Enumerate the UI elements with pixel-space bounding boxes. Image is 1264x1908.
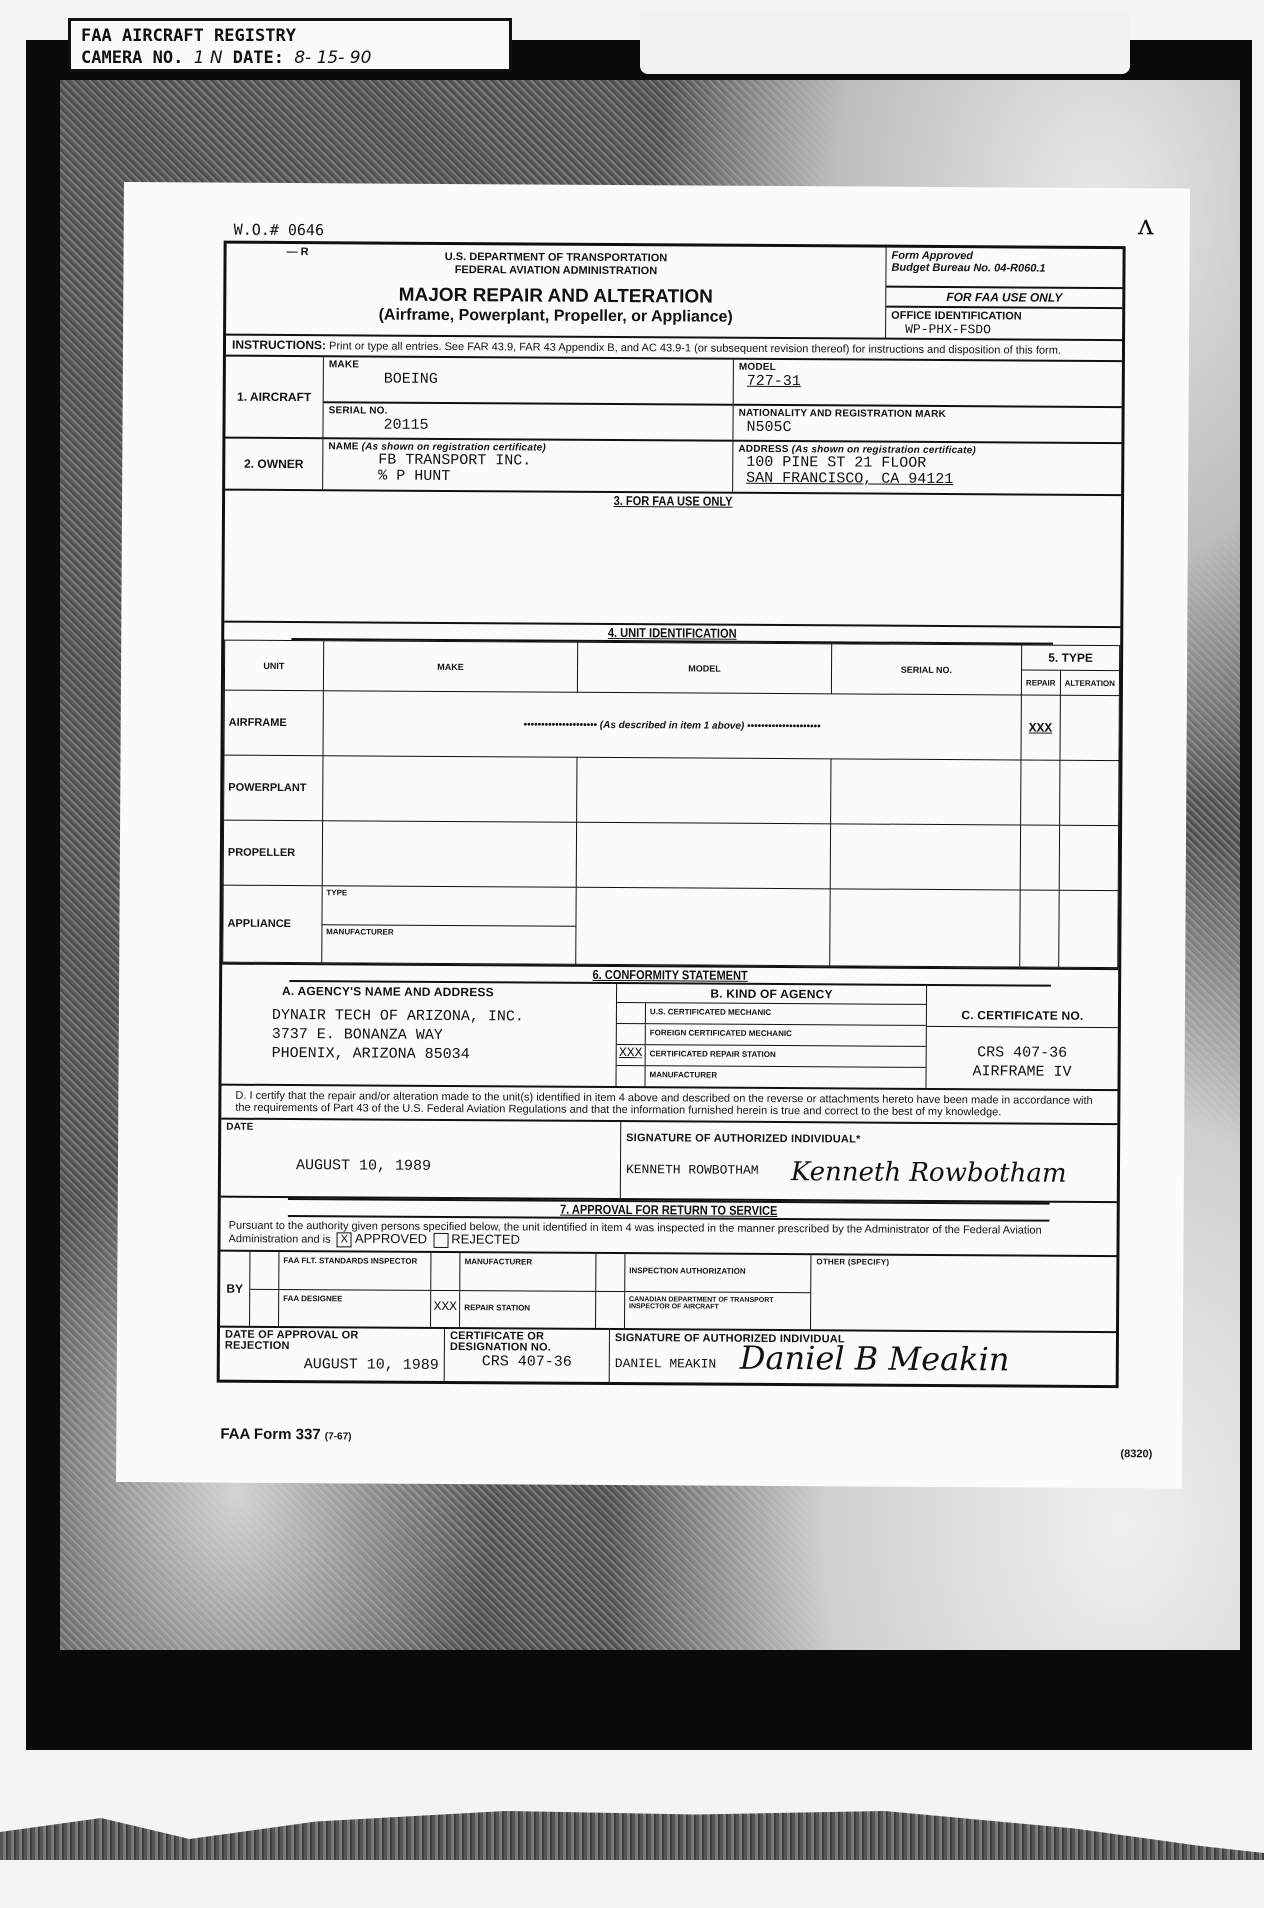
registry-stamp: FAA AIRCRAFT REGISTRY CAMERA NO. 1 N DAT… <box>68 18 512 72</box>
registry-title: FAA AIRCRAFT REGISTRY <box>81 25 499 47</box>
kind-mark <box>617 1024 646 1044</box>
owner-label: 2. OWNER <box>225 439 323 490</box>
col-unit: UNIT <box>224 640 323 691</box>
type-title: 5. TYPE <box>1022 645 1120 671</box>
signature-kenneth-rowbotham: Kenneth Rowbotham <box>791 1157 1067 1189</box>
certificate-rating: AIRFRAME IV <box>927 1062 1118 1082</box>
date-label: DATE: <box>233 48 284 68</box>
dept-line2: FEDERAL AVIATION ADMINISTRATION <box>231 263 880 280</box>
propeller-model <box>576 822 830 889</box>
option-label: CANADIAN DEPARTMENT OF TRANSPORT INSPECT… <box>625 1292 810 1329</box>
kind-mark <box>617 1003 646 1023</box>
option-label: MANUFACTURER <box>460 1253 596 1291</box>
unit-table: UNIT MAKE MODEL SERIAL NO. 5. TYPE REPAI… <box>222 640 1120 968</box>
airframe-repair-mark: XXX <box>1021 695 1060 760</box>
table-row: AIRFRAME ••••••••••••••••••••• (As descr… <box>224 690 1119 760</box>
torn-edge <box>0 1790 1264 1860</box>
other-specify-label: OTHER (Specify) <box>816 1257 1111 1268</box>
form-name: FAA Form 337 <box>220 1426 320 1444</box>
certificate-no: CRS 407-36 <box>927 1043 1118 1063</box>
registration-mark: N505C <box>738 419 1116 438</box>
camera-number: 1 N <box>194 48 223 68</box>
form-revision: (7-67) <box>325 1431 352 1442</box>
rejected-checkbox[interactable] <box>433 1233 448 1248</box>
unit-airframe: AIRFRAME <box>224 690 323 756</box>
powerplant-serial <box>830 759 1021 825</box>
faa-use-only-label: FOR FAA USE ONLY <box>886 288 1122 309</box>
owner-name-label: NAME <box>328 441 358 452</box>
unit-propeller: PROPELLER <box>223 820 322 886</box>
col-model: MODEL <box>578 642 832 694</box>
option-mark <box>250 1290 279 1326</box>
appliance-manufacturer-label: MANUFACTURER <box>322 925 576 940</box>
kind-option: FOREIGN CERTIFICATED MECHANIC <box>617 1024 926 1047</box>
propeller-make <box>322 821 577 888</box>
table-row: PROPELLER <box>223 820 1118 890</box>
option-label: INSPECTION AUTHORIZATION <box>625 1254 810 1292</box>
instructions-label: INSTRUCTIONS: <box>232 338 326 353</box>
office-id: WP-PHX-FSDO <box>891 322 1117 338</box>
aircraft-model: 727-31 <box>739 373 1117 392</box>
option-mark <box>431 1253 460 1290</box>
table-row: APPLIANCE TYPE MANUFACTURER <box>223 885 1118 967</box>
designation-label: CERTIFICATE OR DESIGNATION NO. <box>450 1331 604 1354</box>
aircraft-serial: 20115 <box>328 416 727 435</box>
powerplant-alteration <box>1059 760 1119 825</box>
conformity-section: 6. CONFORMITY STATEMENT A. AGENCY'S NAME… <box>221 965 1118 1203</box>
aircraft-label: 1. AIRCRAFT <box>225 357 323 438</box>
unit-appliance: APPLIANCE <box>223 885 322 963</box>
approval-date: AUGUST 10, 1989 <box>225 1352 439 1374</box>
registry-date: 8- 15- 90 <box>294 48 371 68</box>
appliance-type-label: TYPE <box>322 886 576 927</box>
form-body: — R U.S. DEPARTMENT OF TRANSPORTATION FE… <box>217 241 1126 1388</box>
airframe-make: ••••••••••••••••••••• (As described in i… <box>323 691 1022 760</box>
aircraft-section: 1. AIRCRAFT MAKE BOEING SERIAL NO. 20115… <box>225 357 1121 444</box>
by-label: BY <box>220 1252 250 1326</box>
approval-date-label: DATE OF APPROVAL OR REJECTION <box>225 1330 375 1353</box>
kind-option: MANUFACTURER <box>616 1066 925 1088</box>
work-order: W.O.# 0646 <box>234 221 324 240</box>
option-label: REPAIR STATION <box>460 1291 596 1328</box>
owner-name-line2: % P HUNT <box>328 468 727 486</box>
form-number: FAA Form 337 (7-67) <box>220 1426 351 1444</box>
airframe-alteration-mark <box>1060 695 1120 760</box>
kind-label: CERTIFICATED REPAIR STATION <box>646 1045 780 1066</box>
table-row: POWERPLANT <box>224 755 1119 825</box>
faa-use-section: 3. FOR FAA USE ONLY <box>224 491 1121 628</box>
powerplant-repair <box>1021 760 1060 825</box>
form-title-block: — R U.S. DEPARTMENT OF TRANSPORTATION FE… <box>226 244 887 338</box>
kind-mark <box>616 1066 645 1086</box>
form-subtitle: (Airframe, Powerplant, Propeller, or App… <box>231 306 880 328</box>
kind-option: U.S. CERTIFICATED MECHANIC <box>617 1003 926 1026</box>
appliance-serial <box>829 889 1020 967</box>
kind-of-agency-label: B. KIND OF AGENCY <box>617 984 926 1005</box>
propeller-repair <box>1020 825 1059 890</box>
initial-mark: ᴧ <box>1138 208 1154 241</box>
instructions-text: Print or type all entries. See FAR 43.9,… <box>329 340 1061 356</box>
owner-address-line2: SAN FRANCISCO, CA 94121 <box>738 471 1116 489</box>
col-serial: SERIAL NO. <box>831 644 1022 695</box>
agency-name-label: A. AGENCY'S NAME AND ADDRESS <box>227 984 611 1000</box>
signature-daniel-meakin: Daniel B Meakin <box>740 1339 1010 1379</box>
col-make: MAKE <box>323 641 578 693</box>
option-mark: XXX <box>431 1291 460 1327</box>
camera-label: CAMERA NO. <box>81 48 183 68</box>
faa-form-337: W.O.# 0646 ᴧ — R U.S. DEPARTMENT OF TRAN… <box>116 182 1190 1488</box>
propeller-serial <box>830 824 1021 890</box>
aircraft-make: BOEING <box>329 370 728 389</box>
agency-line1: DYNAIR TECH OF ARIZONA, INC. <box>272 1006 611 1027</box>
approved-label: APPROVED <box>355 1231 427 1246</box>
appliance-repair <box>1020 890 1059 967</box>
appliance-model <box>576 887 830 966</box>
kind-option: XXXCERTIFICATED REPAIR STATION <box>617 1045 926 1068</box>
form-header: — R U.S. DEPARTMENT OF TRANSPORTATION FE… <box>226 244 1123 341</box>
propeller-alteration <box>1059 825 1119 890</box>
rejected-label: REJECTED <box>451 1231 520 1246</box>
form-code: (8320) <box>1120 1448 1152 1460</box>
revision-marker: — R <box>287 246 309 258</box>
budget-bureau: Budget Bureau No. 04-R060.1 <box>891 262 1117 275</box>
certificate-no-label: C. CERTIFICATE NO. <box>927 1004 1118 1028</box>
powerplant-model <box>577 757 831 824</box>
agency-line2: 3737 E. BONANZA WAY <box>272 1025 611 1046</box>
col-alteration: ALTERATION <box>1060 670 1120 695</box>
appliance-alteration <box>1058 890 1118 967</box>
faa-use-box: Form Approved Budget Bureau No. 04-R060.… <box>886 248 1123 339</box>
conformity-date: AUGUST 10, 1989 <box>226 1133 615 1176</box>
kind-label: FOREIGN CERTIFICATED MECHANIC <box>646 1024 796 1045</box>
designation-no: CRS 407-36 <box>450 1353 604 1371</box>
powerplant-make <box>322 756 577 823</box>
owner-section: 2. OWNER NAME (As shown on registration … <box>225 439 1121 496</box>
approval-statement: Pursuant to the authority given persons … <box>220 1217 1116 1255</box>
option-mark <box>596 1254 625 1291</box>
unit-powerplant: POWERPLANT <box>224 755 323 821</box>
col-repair: REPAIR <box>1021 670 1060 695</box>
option-mark <box>250 1252 279 1289</box>
kind-mark: XXX <box>617 1045 646 1065</box>
option-label: FAA DESIGNEE <box>279 1290 431 1327</box>
kind-label: MANUFACTURER <box>645 1066 721 1086</box>
registration-label: NATIONALITY AND REGISTRATION MARK <box>739 408 1117 421</box>
option-mark <box>596 1292 625 1328</box>
option-label: FAA FLT. STANDARDS INSPECTOR <box>279 1252 431 1290</box>
blank-label <box>640 10 1130 74</box>
unit-identification-section: 4. UNIT IDENTIFICATION UNIT MAKE MODEL S… <box>222 623 1120 970</box>
approved-checkbox[interactable]: X <box>337 1232 352 1247</box>
approval-section: 7. APPROVAL FOR RETURN TO SERVICE Pursua… <box>220 1198 1117 1385</box>
kind-label: U.S. CERTIFICATED MECHANIC <box>646 1003 775 1024</box>
certification-statement: D. I certify that the repair and/or alte… <box>221 1086 1117 1125</box>
agency-line3: PHOENIX, ARIZONA 85034 <box>272 1044 611 1065</box>
